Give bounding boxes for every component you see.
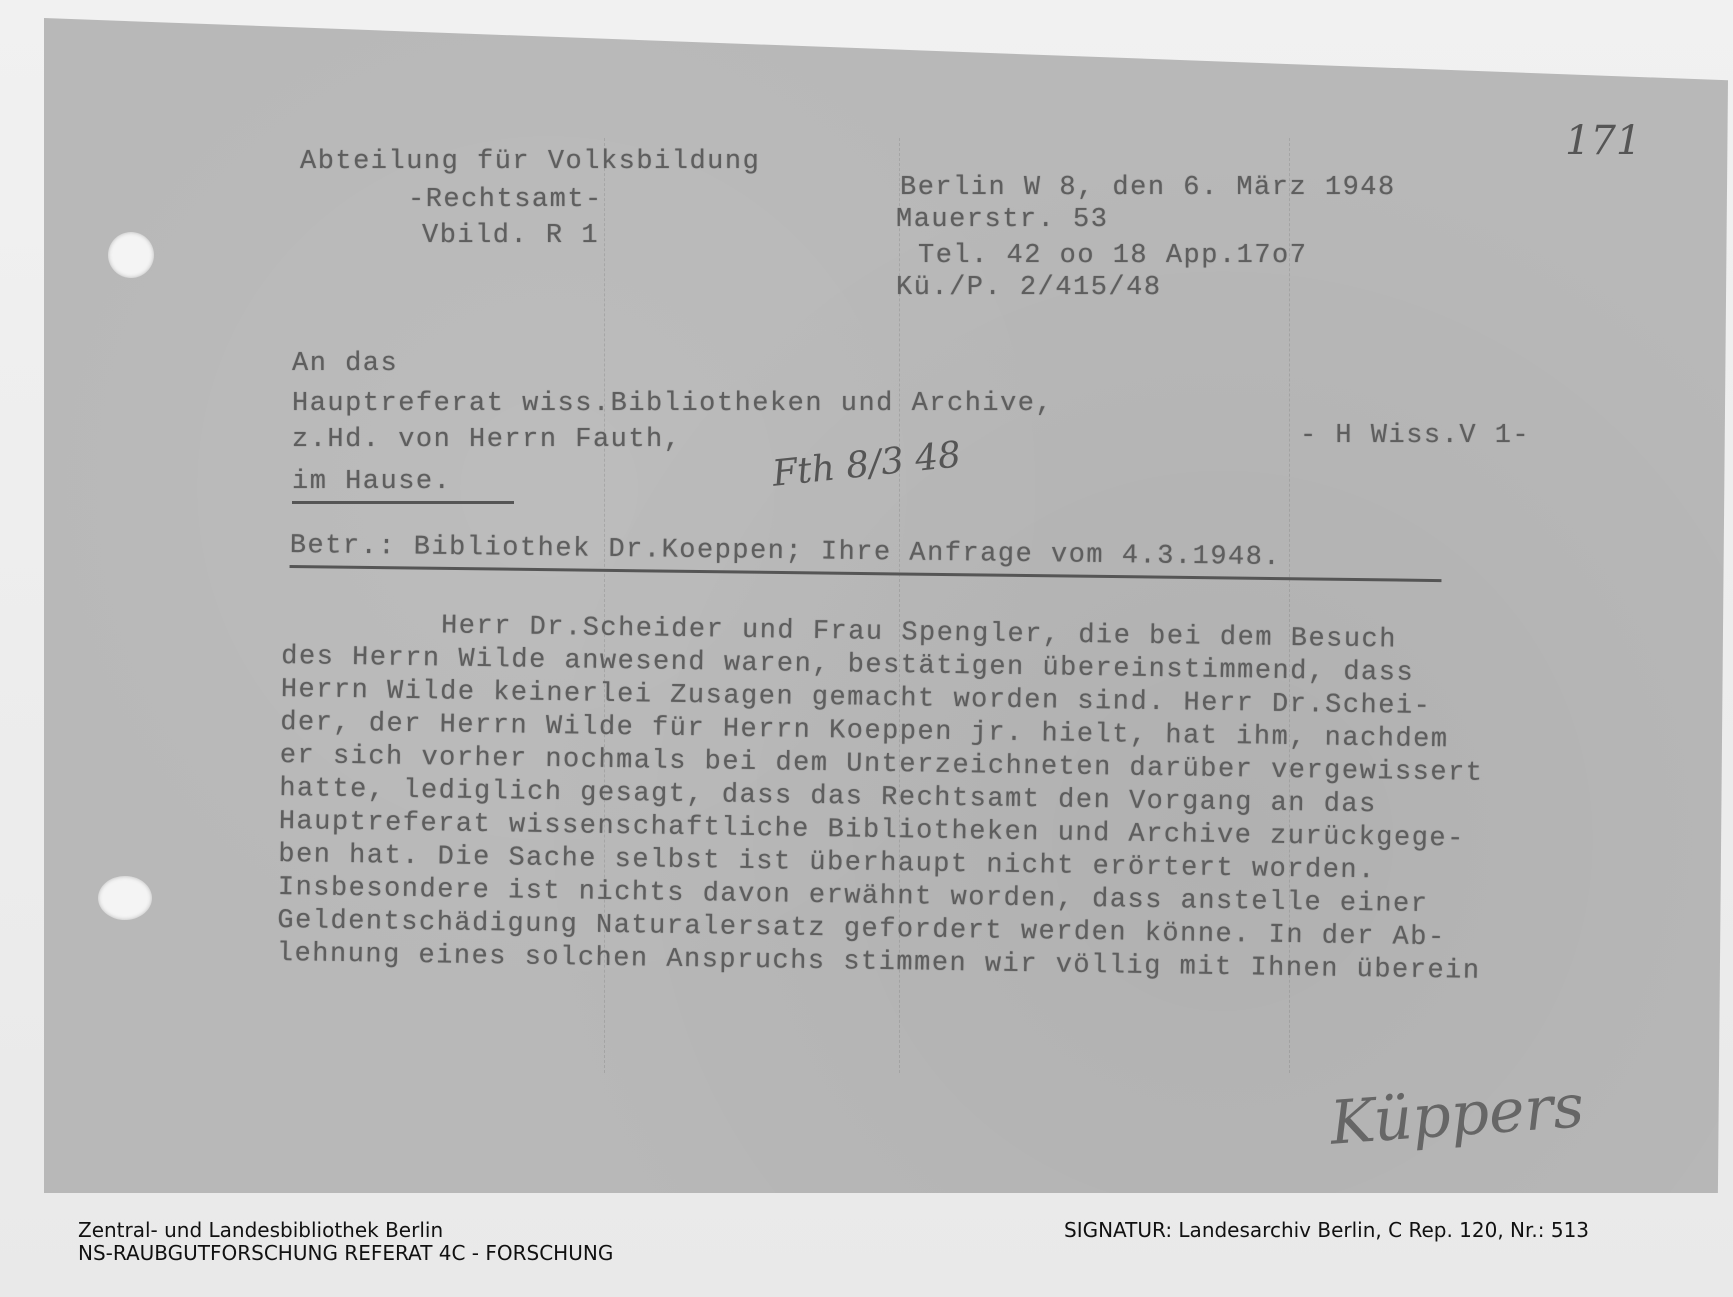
- recipient-line-3: z.Hd. von Herrn Fauth,: [292, 424, 681, 457]
- recipient-code: - H Wiss.V 1-: [1300, 420, 1530, 453]
- recipient-line-4: im Hause.: [292, 466, 514, 504]
- place-date-line: Berlin W 8, den 6. März 1948: [900, 172, 1396, 205]
- punch-hole: [108, 232, 154, 278]
- sender-line-2: -Rechtsamt-: [408, 184, 603, 217]
- document-page: [44, 18, 1728, 1193]
- recipient-line-2: Hauptreferat wiss.Bibliotheken und Archi…: [292, 388, 1053, 421]
- sender-line-3: Vbild. R 1: [422, 220, 599, 253]
- footer-institution: Zentral- und Landesbibliothek Berlin: [78, 1218, 443, 1242]
- footer-department: NS-RAUBGUTFORSCHUNG REFERAT 4C - FORSCHU…: [78, 1241, 613, 1265]
- phone-line: Tel. 42 oo 18 App.17o7: [918, 240, 1307, 273]
- recipient-line-1: An das: [292, 348, 398, 381]
- sender-line-1: Abteilung für Volksbildung: [300, 146, 760, 179]
- address-line: Mauerstr. 53: [896, 204, 1108, 237]
- reference-number: Kü./P. 2/415/48: [896, 272, 1162, 305]
- archive-number: 171: [1565, 118, 1641, 164]
- footer-signatur: SIGNATUR: Landesarchiv Berlin, C Rep. 12…: [1064, 1218, 1589, 1242]
- letter-body: Herr Dr.Scheider und Frau Spengler, die …: [277, 608, 1486, 989]
- punch-hole: [98, 876, 152, 920]
